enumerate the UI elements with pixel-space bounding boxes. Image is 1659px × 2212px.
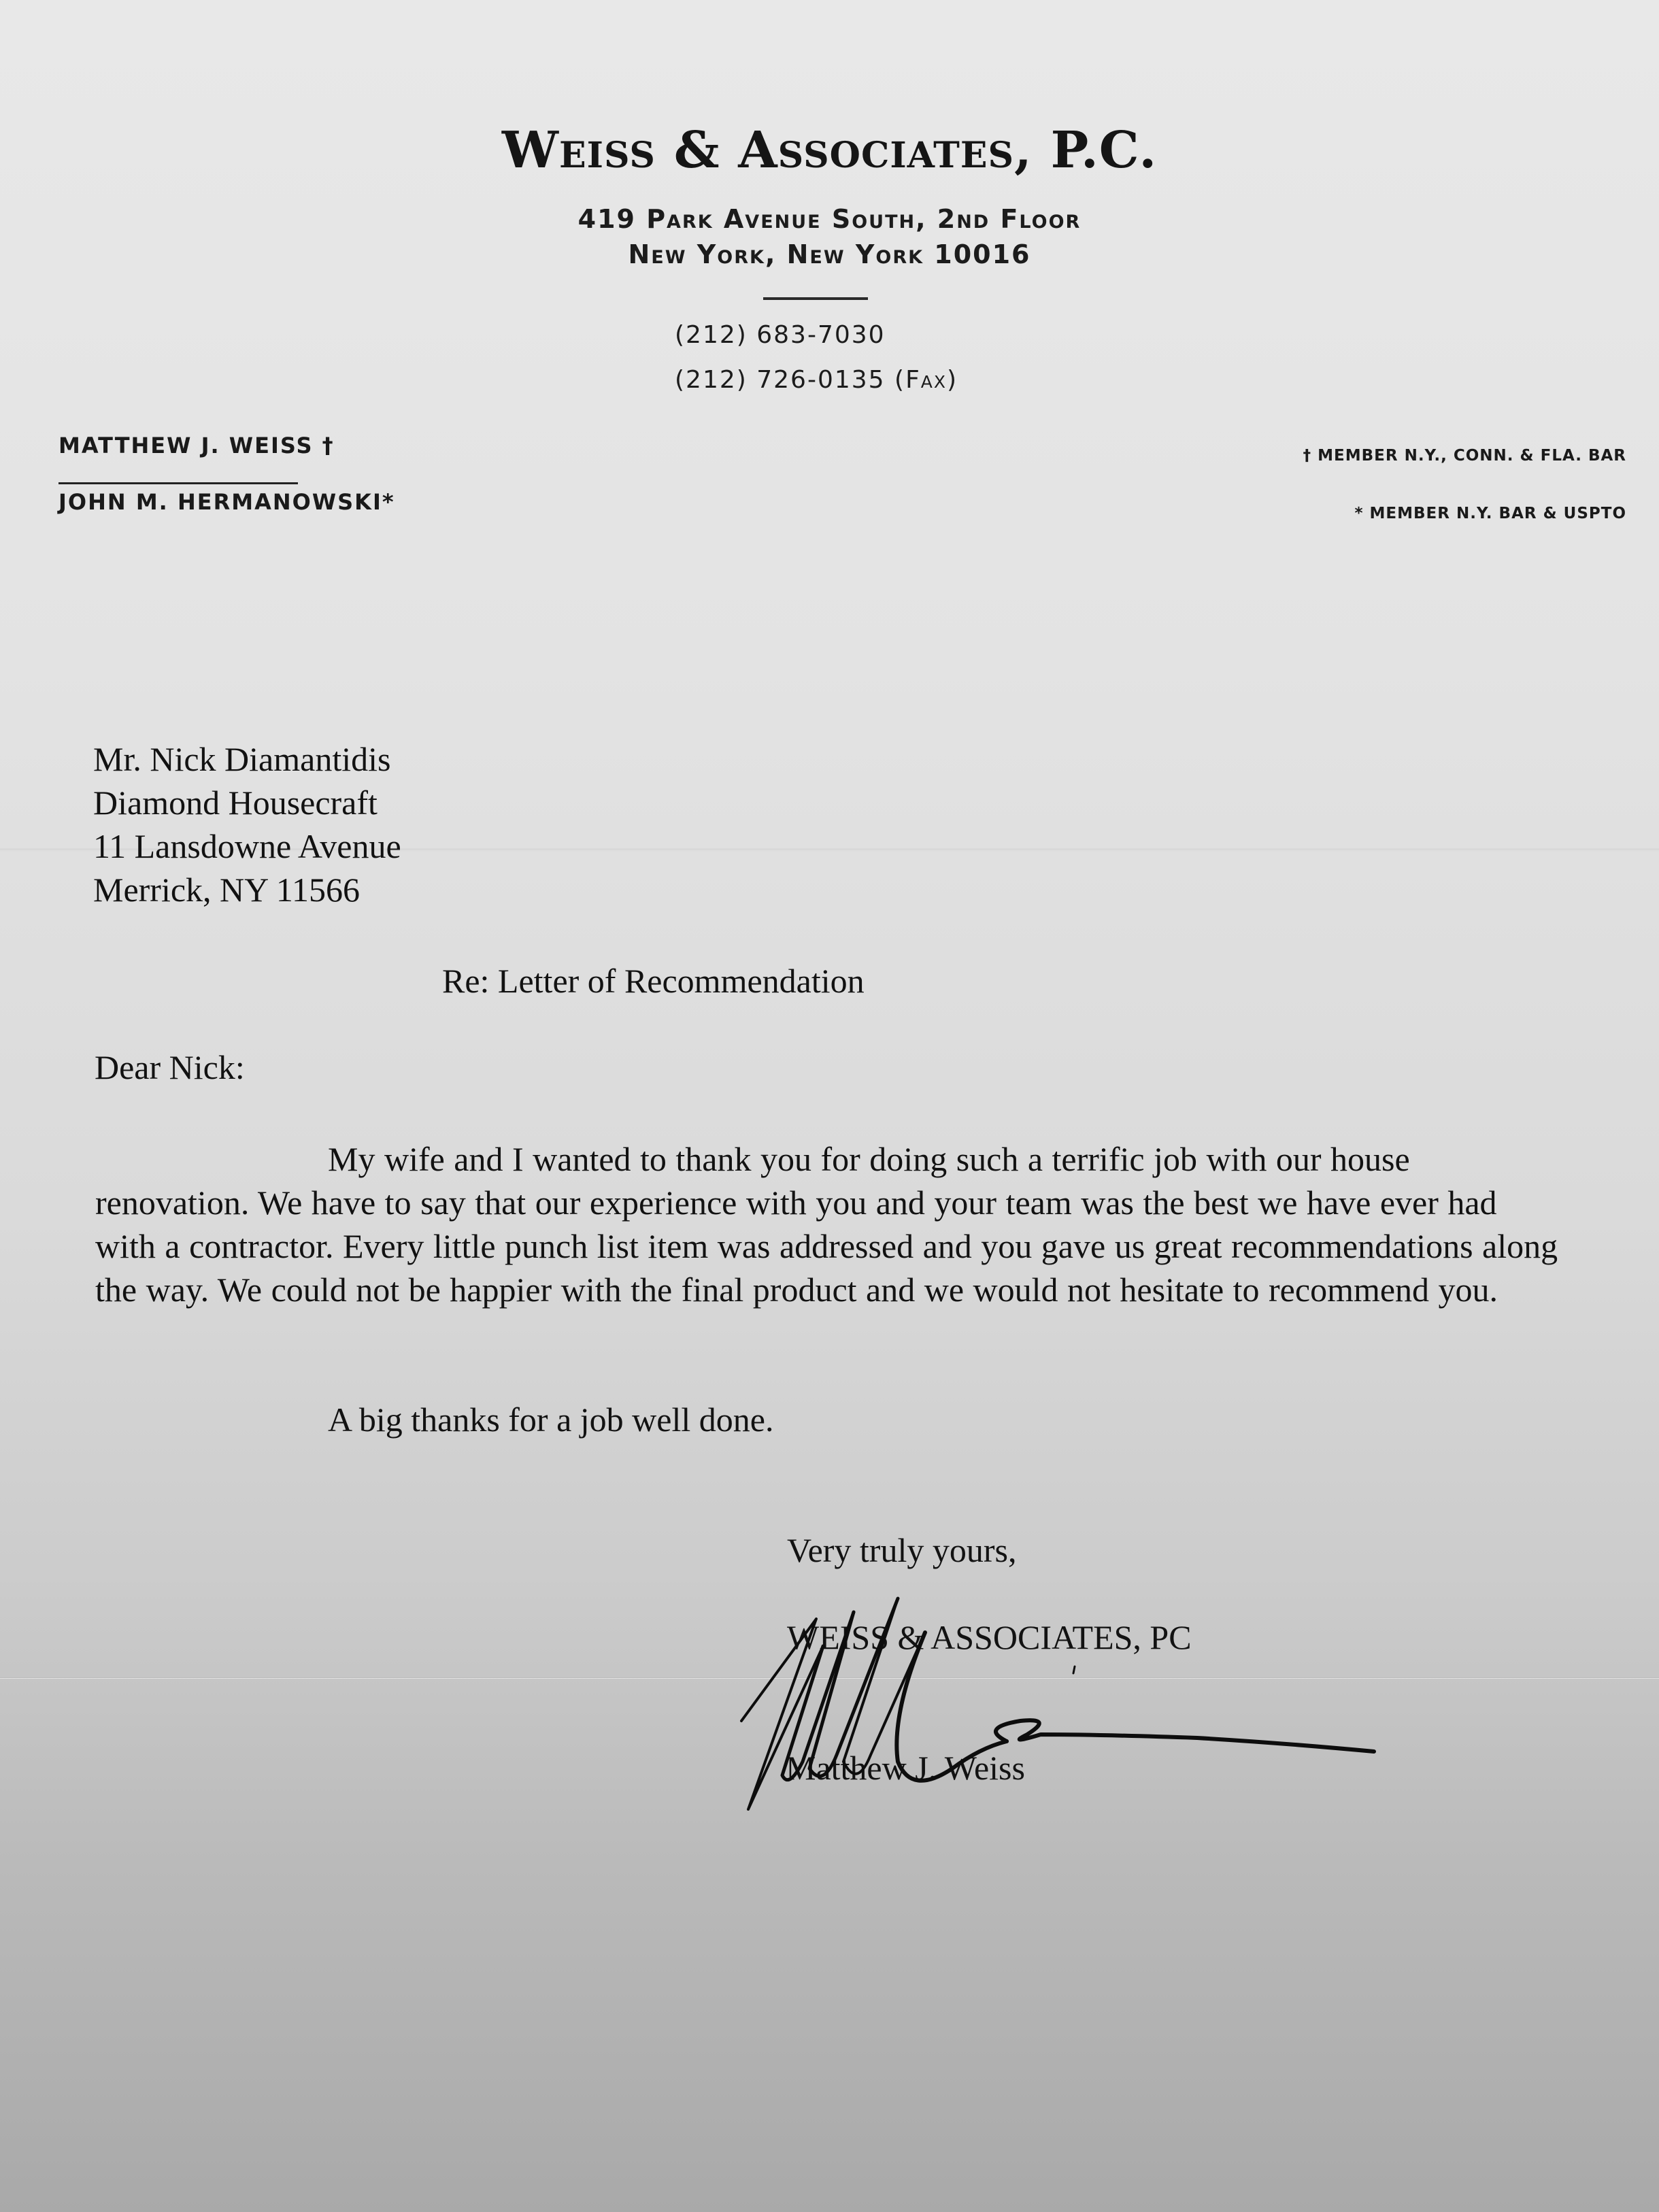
firm-phone: (212) 683-7030 <box>675 321 886 349</box>
letterhead-divider <box>763 297 868 300</box>
body-paragraph: My wife and I wanted to thank you for do… <box>95 1137 1564 1311</box>
firm-address-line1: 419 Park Avenue South, 2nd Floor <box>0 204 1659 234</box>
attorney-divider <box>58 482 298 484</box>
fax-label: (Fax) <box>894 366 958 394</box>
bar-membership-note: * MEMBER N.Y. BAR & USPTO <box>1354 505 1626 522</box>
firm-name: Weiss & Associates, P.C. <box>0 121 1659 180</box>
firm-address-line2: New York, New York 10016 <box>0 239 1659 269</box>
recipient-address-block: Mr. Nick Diamantidis Diamond Housecraft … <box>93 737 401 911</box>
attorney-name: MATTHEW J. WEISS † <box>58 433 335 458</box>
closing-paragraph: A big thanks for a job well done. <box>328 1398 773 1441</box>
firm-fax: (212) 726-0135 (Fax) <box>675 366 958 394</box>
recipient-company: Diamond Housecraft <box>93 781 401 824</box>
subject-line: Re: Letter of Recommendation <box>442 959 865 1003</box>
attorney-name: JOHN M. HERMANOWSKI* <box>58 489 395 515</box>
fax-number: (212) 726-0135 <box>675 366 886 394</box>
salutation: Dear Nick: <box>95 1045 245 1089</box>
recipient-name: Mr. Nick Diamantidis <box>93 737 401 781</box>
handwritten-signature <box>721 1592 1388 1816</box>
recipient-city-state-zip: Merrick, NY 11566 <box>93 868 401 911</box>
sign-off: Very truly yours, <box>787 1528 1016 1572</box>
recipient-street: 11 Lansdowne Avenue <box>93 824 401 868</box>
bar-membership-note: † MEMBER N.Y., CONN. & FLA. BAR <box>1303 447 1626 465</box>
